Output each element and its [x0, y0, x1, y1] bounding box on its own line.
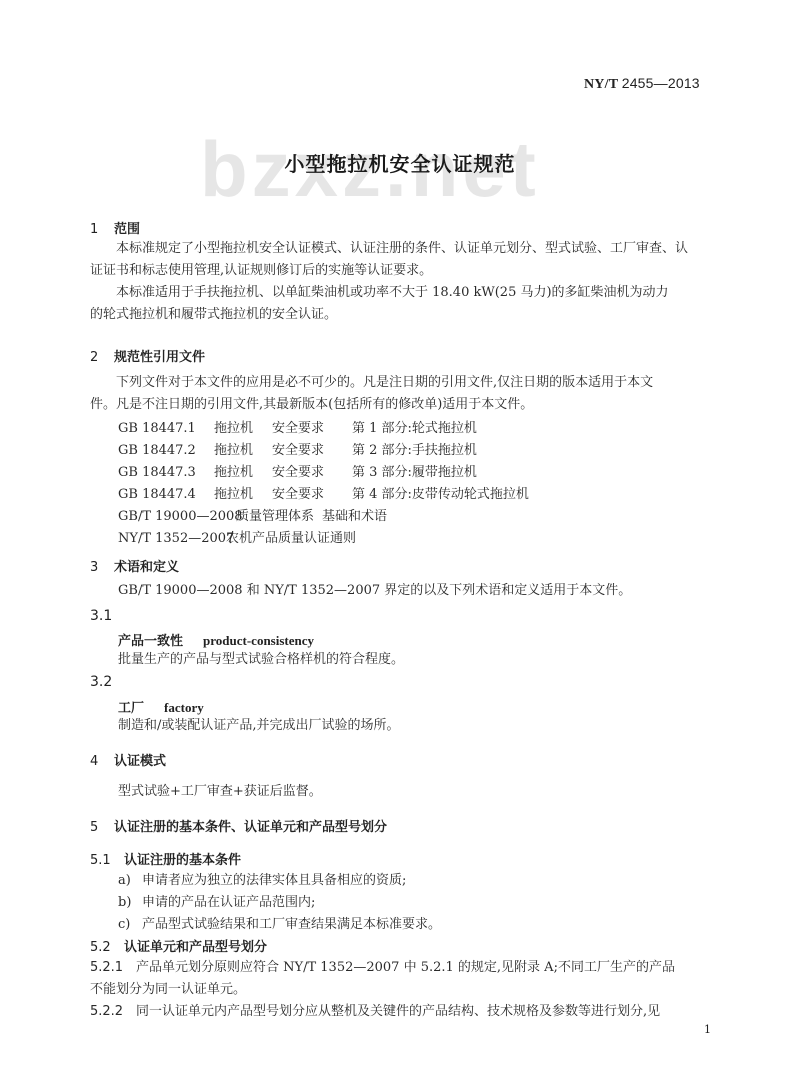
section-heading-2: 2规范性引用文件 — [90, 346, 205, 365]
term-title: 产品一致性product-consistency — [118, 630, 314, 649]
section-heading-4: 4认证模式 — [90, 750, 166, 769]
term-number: 3.1 — [90, 608, 112, 624]
term-definition: 批量生产的产品与型式试验合格样机的符合程度。 — [118, 649, 404, 671]
term-definition: 制造和/或装配认证产品,并完成出厂试验的场所。 — [118, 715, 400, 737]
standard-code: 2455—2013 — [622, 75, 700, 91]
term-title: 工厂factory — [118, 697, 204, 716]
section-heading-5: 5认证注册的基本条件、认证单元和产品型号划分 — [90, 816, 387, 835]
subsection-heading-5-1: 5.1认证注册的基本条件 — [90, 849, 241, 868]
document-title: 小型拖拉机安全认证规范 — [0, 148, 800, 177]
standard-number: NY/T 2455—2013 — [584, 75, 700, 93]
list-item: a)申请者应为独立的法律实体且具备相应的资质; — [118, 869, 406, 888]
term-number: 3.2 — [90, 674, 112, 690]
section-1-paragraph-2: 本标准适用于手扶拖拉机、以单缸柴油机或功率不大于 18.40 kW(25 马力)… — [90, 282, 669, 326]
list-item: b)申请的产品在认证产品范围内; — [118, 891, 315, 910]
clause-5-2-1: 5.2.1产品单元划分原则应符合 NY/T 1352—2007 中 5.2.1 … — [90, 957, 675, 1001]
reference-item: GB/T 19000—2008质量管理体系基础和术语 — [118, 505, 387, 524]
clause-5-2-2: 5.2.2同一认证单元内产品型号划分应从整机及关键件的产品结构、技术规格及参数等… — [90, 1001, 660, 1023]
page-number: 1 — [704, 1023, 711, 1036]
section-3-intro: GB/T 19000—2008 和 NY/T 1352—2007 界定的以及下列… — [118, 580, 631, 602]
section-heading-1: 1范围 — [90, 218, 140, 237]
standard-prefix: NY/T — [584, 77, 618, 92]
reference-item: GB 18447.3拖拉机安全要求第 3 部分:履带拖拉机 — [118, 461, 477, 480]
section-4-text: 型式试验+工厂审查+获证后监督。 — [118, 781, 322, 803]
section-2-intro: 下列文件对于本文件的应用是必不可少的。凡是注日期的引用文件,仅注日期的版本适用于… — [90, 372, 653, 416]
section-1-paragraph-1: 本标准规定了小型拖拉机安全认证模式、认证注册的条件、认证单元划分、型式试验、工厂… — [90, 238, 688, 282]
reference-item: GB 18447.1拖拉机安全要求第 1 部分:轮式拖拉机 — [118, 417, 477, 436]
reference-item: NY/T 1352—2007农机产品质量认证通则 — [118, 527, 356, 546]
list-item: c)产品型式试验结果和工厂审查结果满足本标准要求。 — [118, 913, 441, 932]
reference-item: GB 18447.4拖拉机安全要求第 4 部分:皮带传动轮式拖拉机 — [118, 483, 529, 502]
section-heading-3: 3术语和定义 — [90, 556, 179, 575]
reference-item: GB 18447.2拖拉机安全要求第 2 部分:手扶拖拉机 — [118, 439, 477, 458]
subsection-heading-5-2: 5.2认证单元和产品型号划分 — [90, 936, 267, 955]
